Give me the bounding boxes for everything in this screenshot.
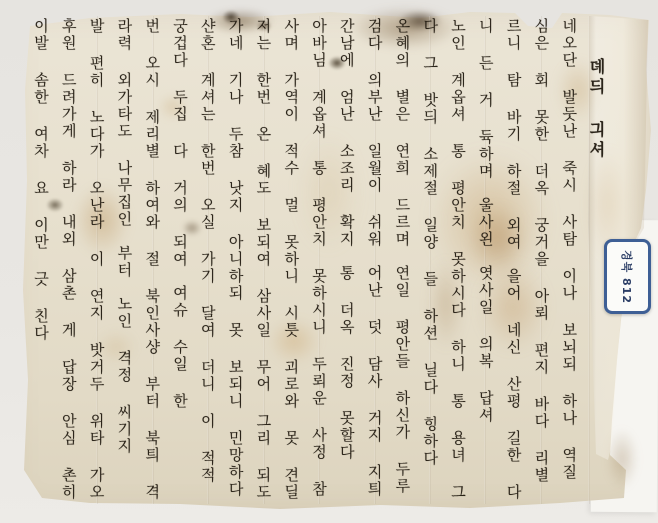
manuscript-column: 아바님 계옵셔 통 평안치 못하시니 두뢰운 사정 참 밧업 bbox=[305, 18, 332, 504]
manuscript-column: 샨혼 계셔는 한번 오실 가기 달여 더니 이 적적 연하니 bbox=[194, 18, 221, 504]
manuscript-column: 니 든 거 듁하며 울사왼 엿사일 의복 답셔 bbox=[472, 18, 499, 504]
manuscript-column: 간남에 엄난 소조리 확지 통 더옥 진정 못할다 bbox=[333, 18, 360, 504]
manuscript-column: 노인 계옵셔 통 평안치 못하시다 하니 통 용녀 그지 업 bbox=[444, 18, 471, 504]
manuscript-column: 사며 가역이 적수 멀 못하니 시틋 괴로와 못 견딜다 bbox=[277, 18, 304, 504]
manuscript-column: 온혜의 별은 연희 드르며 연일 평안들 하신가 두루 궁 bbox=[388, 18, 415, 504]
manuscript-column: 다 그 밧듸 소제절 일양 들 하션 닐다 힝하다 bbox=[416, 18, 443, 504]
manuscript-column: 발 편히 노다가 오난라 이 연지 밧거두 위타 가오단 bbox=[83, 18, 110, 504]
manuscript-column: 가네 기나 두참 낫지 아니하되 못 보되니 민망하다 bbox=[222, 18, 249, 504]
manuscript-column: 네오단 발둣난 죽시 사탐 이나 보뇌되 하나 역질 노안 bbox=[555, 18, 582, 504]
manuscript-column: 번 오시 제리별 하여와 절 북인사샹 부터 북틔 격정 말 bbox=[138, 18, 165, 504]
archive-label-text: 경북 812 bbox=[620, 249, 636, 303]
manuscript-column: 궁겁다 두집 다 거의 되여 여슈 수일 한 bbox=[166, 18, 193, 504]
manuscript-column: 르니 탐 바기 하절 외여 을어 네신 산평 길한 다하 bbox=[500, 18, 527, 504]
manuscript-column: 심은 회 못한 더옥 궁거을 아뢰 편지 바다 리별 드 bbox=[527, 18, 554, 504]
photo-background: 뎨듸 긔셔네오단 발둣난 죽시 사탐 이나 보뇌되 하나 역질 노안심은 회 못… bbox=[0, 0, 658, 523]
archive-label: 경북 812 bbox=[604, 239, 651, 314]
manuscript-column: 후원 드려가게 하라 내외 삼촌 게 답장 안심 촌히 못하니 bbox=[55, 18, 82, 504]
manuscript-column: 저는 한번 온 혜도 보되여 삼사일 무어 그리 되도 단녀 온 bbox=[249, 18, 276, 504]
manuscript-text-layer: 뎨듸 긔셔네오단 발둣난 죽시 사탐 이나 보뇌되 하나 역질 노안심은 회 못… bbox=[0, 0, 658, 523]
manuscript-column: 검다 의부난 일월이 쉬워 어난 덧 담사 거지 지틔 븨친 지 bbox=[361, 18, 388, 504]
manuscript-column: 라력 외가타도 나무집인 부터 노인 격정 씨기지 bbox=[110, 18, 137, 504]
manuscript-column: 이발 솜한 여차 요 이만 긋 친다 bbox=[27, 18, 54, 504]
